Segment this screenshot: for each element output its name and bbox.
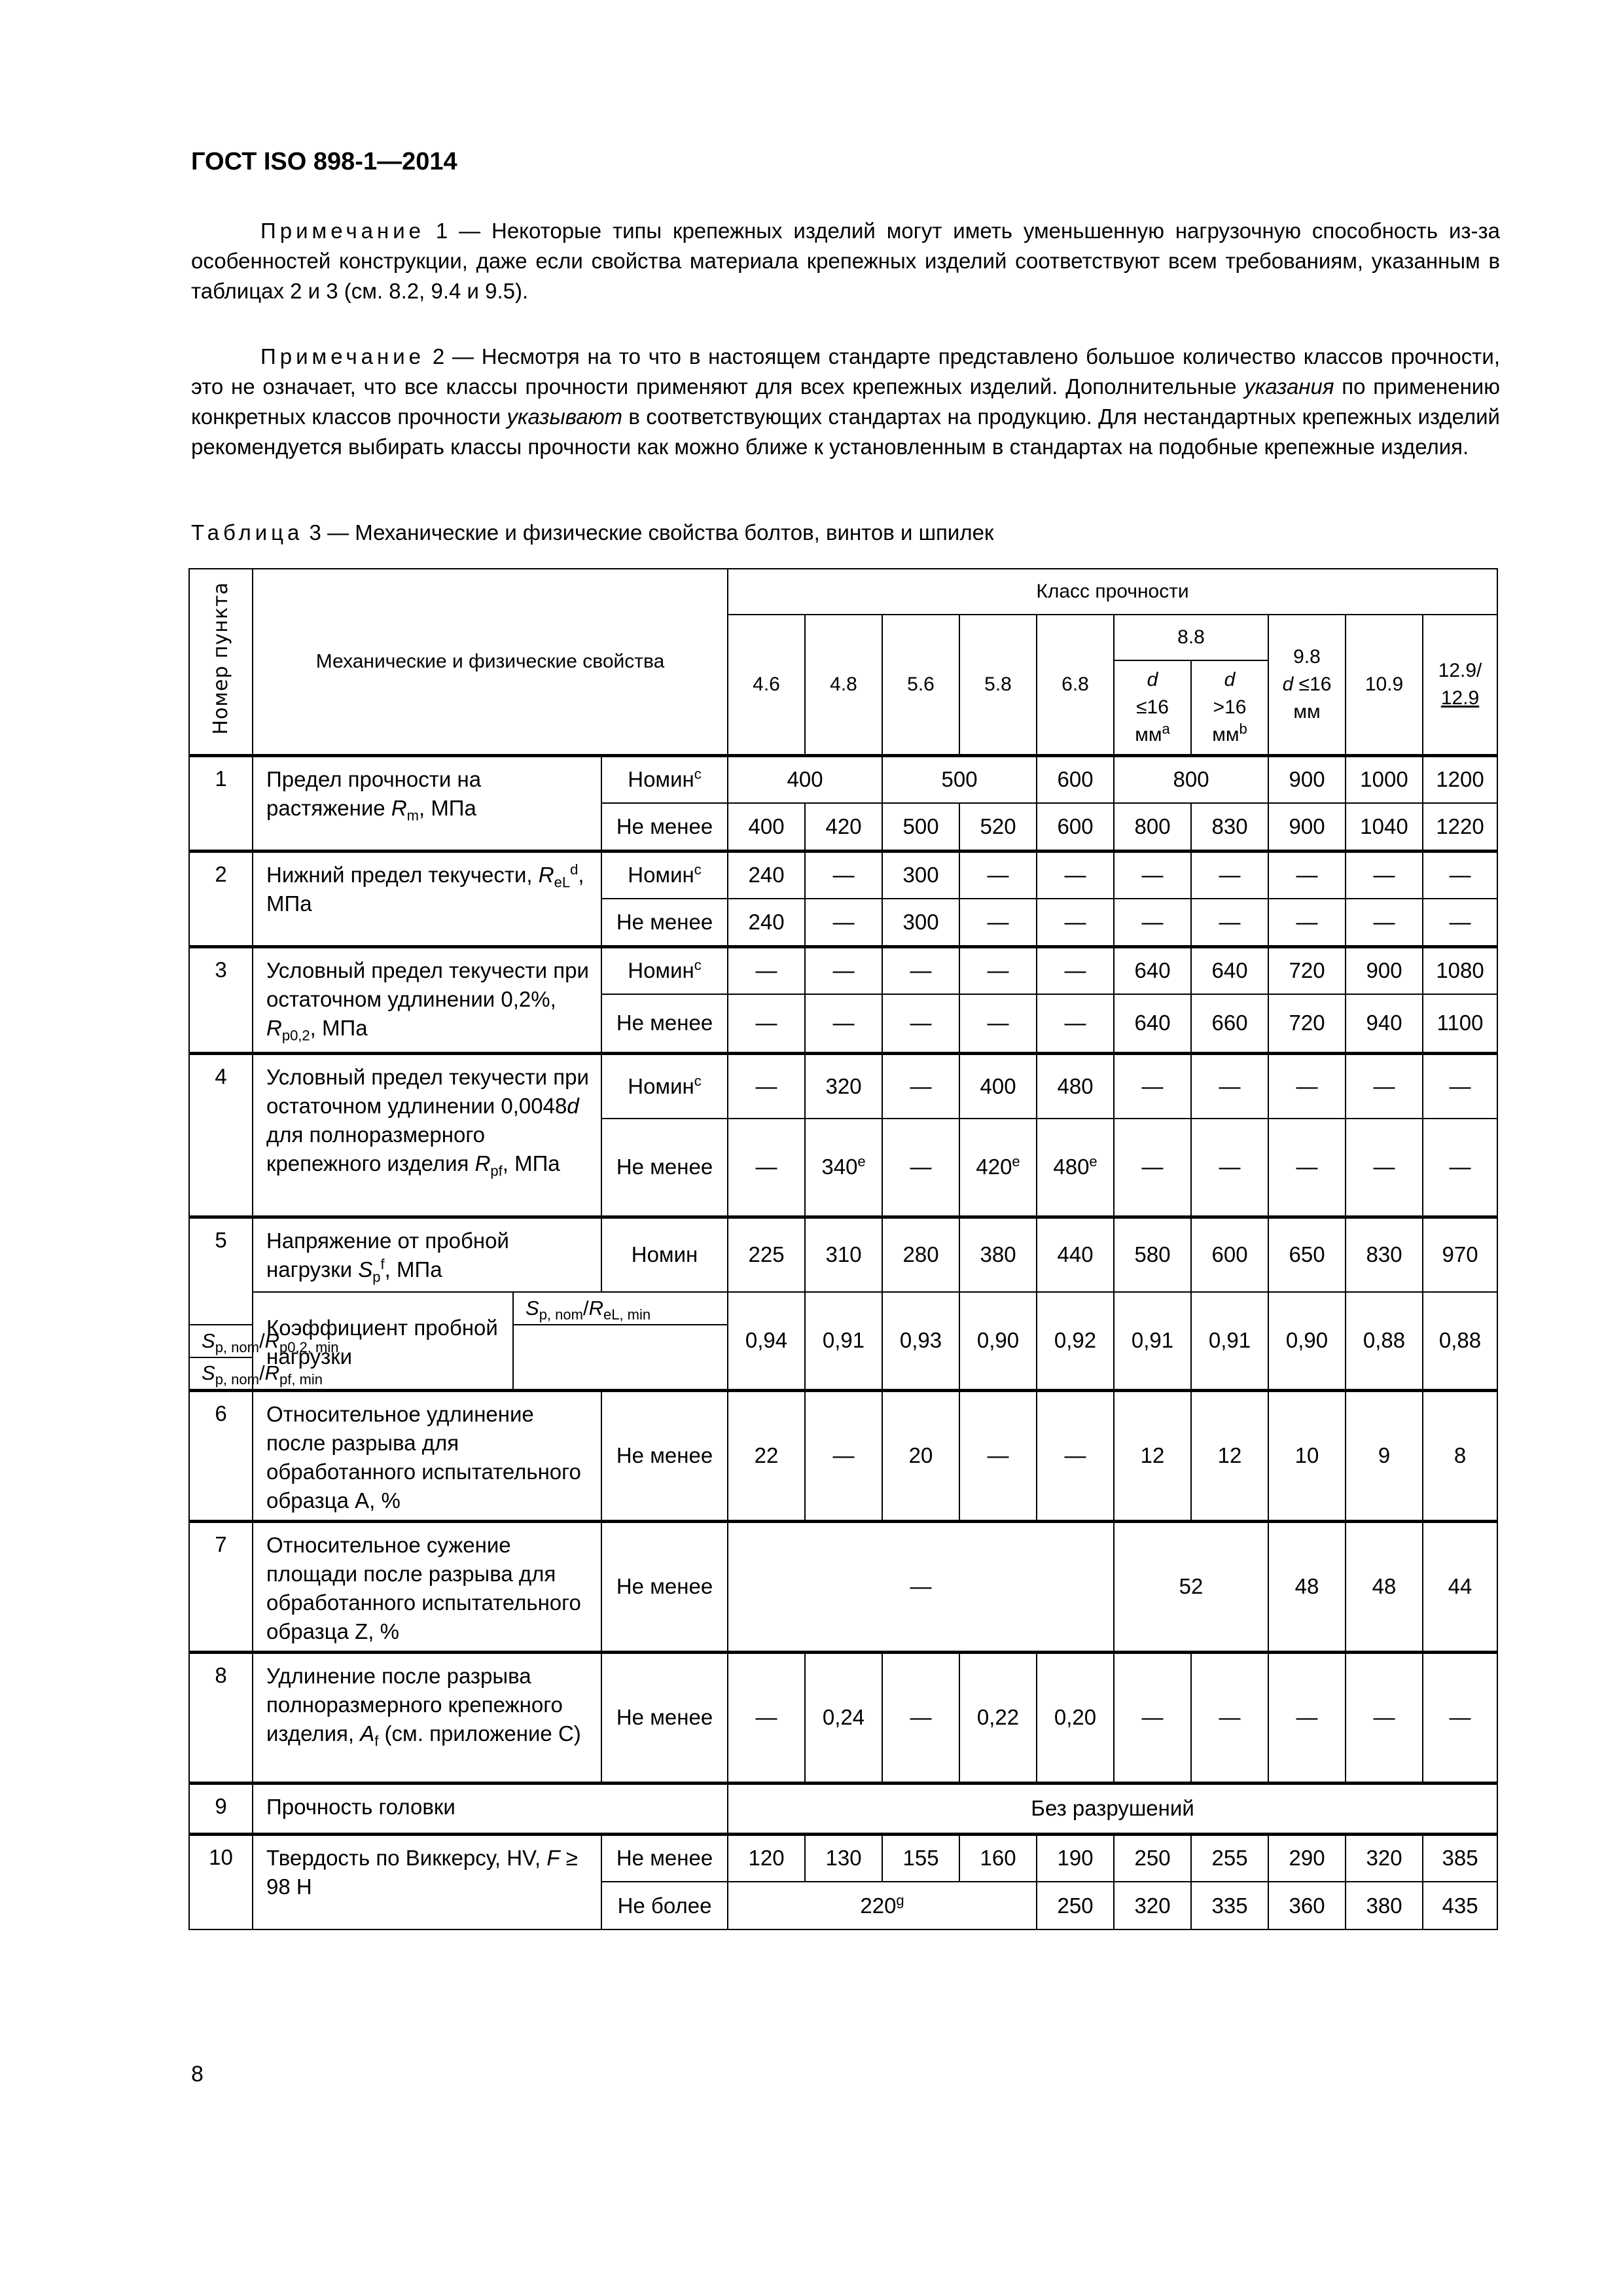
value-cell: — [1346, 1119, 1423, 1217]
value-cell: 120 [728, 1834, 805, 1882]
table-row: 7Относительное сужение площади после раз… [189, 1521, 1497, 1652]
value-cell: 9 [1346, 1390, 1423, 1521]
header-class-10-9: 10.9 [1346, 615, 1423, 755]
value-cell: 160 [959, 1834, 1037, 1882]
value-kind-label: Не менее [601, 1521, 728, 1652]
value-cell: 280 [882, 1217, 959, 1292]
value-cell: — [1191, 1652, 1268, 1783]
value-cell: — [1114, 851, 1191, 899]
value-cell: 0,88 [1346, 1292, 1423, 1390]
value-cell: 130 [805, 1834, 882, 1882]
property-name: Нижний предел текучести, ReLd, МПа [253, 851, 601, 946]
value-cell: — [1346, 1053, 1423, 1119]
table-row: Коэффициент пробной нагрузкиSp, nom/ReL,… [189, 1292, 1497, 1325]
property-name: Напряжение от пробной нагрузки Spf, МПа [253, 1217, 601, 1292]
value-cell: 20 [882, 1390, 959, 1521]
value-cell: — [1191, 1119, 1268, 1217]
value-cell: 12 [1191, 1390, 1268, 1521]
value-cell: 290 [1268, 1834, 1346, 1882]
value-cell: — [882, 946, 959, 994]
value-cell: 400 [728, 803, 805, 851]
header-class-5-6: 5.6 [882, 615, 959, 755]
value-cell: 660 [1191, 994, 1268, 1053]
value-kind-label: Не менее [601, 1652, 728, 1783]
value-cell: — [1037, 899, 1114, 946]
table-row: 9Прочность головкиБез разрушений [189, 1783, 1497, 1834]
value-cell: — [1191, 899, 1268, 946]
value-cell: 500 [882, 755, 1037, 803]
properties-table: Номер пункта Механические и физические с… [188, 568, 1498, 1930]
header-class-9-8: 9.8 d ≤16 мм [1268, 615, 1346, 755]
value-cell: — [728, 1053, 805, 1119]
value-cell: 52 [1114, 1521, 1268, 1652]
value-cell: — [882, 994, 959, 1053]
value-cell: 580 [1114, 1217, 1191, 1292]
value-cell: — [1423, 899, 1497, 946]
value-cell: — [1423, 851, 1497, 899]
value-cell: 800 [1114, 755, 1268, 803]
value-cell: — [1346, 851, 1423, 899]
value-cell: 48 [1268, 1521, 1346, 1652]
value-cell: 0,20 [1037, 1652, 1114, 1783]
value-cell: — [728, 1521, 1114, 1652]
table-row: 6Относительное удлинение после разрыва д… [189, 1390, 1497, 1521]
table-caption-text: 3 — Механические и физические свойства б… [303, 520, 993, 545]
value-cell: — [1268, 899, 1346, 946]
value-cell: 220g [728, 1882, 1037, 1929]
value-cell: 900 [1268, 755, 1346, 803]
note-2-italic-2: указывают [507, 404, 622, 429]
value-cell: 600 [1191, 1217, 1268, 1292]
value-cell: 640 [1191, 946, 1268, 994]
value-cell: — [1268, 1053, 1346, 1119]
value-cell: — [1037, 994, 1114, 1053]
value-cell: — [1268, 851, 1346, 899]
value-cell: 600 [1037, 755, 1114, 803]
value-cell: — [1114, 1119, 1191, 1217]
value-cell: 0,88 [1423, 1292, 1497, 1390]
value-cell: — [1037, 851, 1114, 899]
value-cell: 480e [1037, 1119, 1114, 1217]
value-cell: 0,90 [1268, 1292, 1346, 1390]
value-cell: 420e [959, 1119, 1037, 1217]
value-cell: 240 [728, 899, 805, 946]
header-item-no: Номер пункта [189, 569, 253, 755]
value-kind-label: Не менее [601, 899, 728, 946]
value-cell: — [728, 946, 805, 994]
value-cell: 400 [959, 1053, 1037, 1119]
value-cell: 0,93 [882, 1292, 959, 1390]
item-number: 8 [189, 1652, 253, 1783]
value-cell: 970 [1423, 1217, 1497, 1292]
value-cell: 255 [1191, 1834, 1268, 1882]
property-name: Прочность головки [253, 1783, 728, 1834]
value-cell: 1000 [1346, 755, 1423, 803]
header-class-4-8: 4.8 [805, 615, 882, 755]
value-cell: 940 [1346, 994, 1423, 1053]
value-cell: 720 [1268, 946, 1346, 994]
value-cell: 0,92 [1037, 1292, 1114, 1390]
table-row: 2Нижний предел текучести, ReLd, МПаНомин… [189, 851, 1497, 899]
value-cell: 1100 [1423, 994, 1497, 1053]
item-number: 4 [189, 1053, 253, 1217]
value-cell: 250 [1037, 1882, 1114, 1929]
value-cell: 12 [1114, 1390, 1191, 1521]
value-cell: — [805, 1390, 882, 1521]
value-cell: 190 [1037, 1834, 1114, 1882]
value-cell: — [805, 851, 882, 899]
value-cell: 480 [1037, 1053, 1114, 1119]
value-cell: 420 [805, 803, 882, 851]
document-code: ГОСТ ISO 898-1—2014 [191, 148, 457, 176]
value-cell: 8 [1423, 1390, 1497, 1521]
value-cell: — [728, 994, 805, 1053]
value-cell: — [805, 994, 882, 1053]
item-number: 6 [189, 1390, 253, 1521]
header-class-group: Класс прочности [728, 569, 1497, 615]
value-cell: 830 [1191, 803, 1268, 851]
property-name: Относительное сужение площади после разр… [253, 1521, 601, 1652]
item-number: 10 [189, 1834, 253, 1929]
note-1: Примечание 1 — Некоторые типы крепежных … [191, 216, 1500, 306]
value-cell: — [959, 994, 1037, 1053]
note-2-label: Примечание [260, 344, 425, 368]
page-number: 8 [191, 2062, 204, 2087]
value-cell: 320 [1346, 1834, 1423, 1882]
value-cell: 320 [805, 1053, 882, 1119]
coefficient-ratio: Sp, nom/ReL, min [513, 1292, 728, 1325]
item-number: 5 [189, 1217, 253, 1325]
value-cell: 0,94 [728, 1292, 805, 1390]
value-cell: 640 [1114, 946, 1191, 994]
value-cell: 1200 [1423, 755, 1497, 803]
property-name: Предел прочности на растяжение Rm, МПа [253, 755, 601, 851]
value-cell: 300 [882, 899, 959, 946]
value-cell: 0,91 [1191, 1292, 1268, 1390]
value-cell: 250 [1114, 1834, 1191, 1882]
table-caption: Таблица 3 — Механические и физические св… [191, 520, 993, 545]
value-cell: — [805, 946, 882, 994]
note-1-label: Примечание [260, 219, 425, 243]
property-name: Условный предел текучести при остаточном… [253, 946, 601, 1053]
item-number: 2 [189, 851, 253, 946]
value-cell: — [728, 1652, 805, 1783]
value-cell: — [1346, 1652, 1423, 1783]
table-row: 4Условный предел текучести при остаточно… [189, 1053, 1497, 1119]
item-number: 7 [189, 1521, 253, 1652]
value-cell: 380 [959, 1217, 1037, 1292]
value-cell: 0,24 [805, 1652, 882, 1783]
value-cell: 900 [1268, 803, 1346, 851]
value-cell: — [1114, 1652, 1191, 1783]
value-cell: — [882, 1119, 959, 1217]
property-name: Удлинение после разрыва полноразмерного … [253, 1652, 601, 1783]
value-kind-label: Номин [601, 1217, 728, 1292]
value-cell: 360 [1268, 1882, 1346, 1929]
value-cell: — [1346, 899, 1423, 946]
value-cell: 0,91 [805, 1292, 882, 1390]
header-properties: Механические и физические свойства [253, 569, 728, 755]
header-class-4-6: 4.6 [728, 615, 805, 755]
value-cell: — [882, 1053, 959, 1119]
value-cell: — [1191, 1053, 1268, 1119]
value-cell: 155 [882, 1834, 959, 1882]
note-1-number: 1 [436, 219, 448, 243]
property-value: Без разрушений [728, 1783, 1497, 1834]
header-class-5-8: 5.8 [959, 615, 1037, 755]
value-cell: 380 [1346, 1882, 1423, 1929]
value-cell: 240 [728, 851, 805, 899]
value-cell: — [959, 946, 1037, 994]
value-kind-label: Номинc [601, 755, 728, 803]
value-cell: 1040 [1346, 803, 1423, 851]
note-2: Примечание 2 — Несмотря на то что в наст… [191, 342, 1500, 462]
value-cell: — [959, 899, 1037, 946]
header-class-8-8-small: d ≤16 ммa [1114, 660, 1191, 755]
value-cell: 0,22 [959, 1652, 1037, 1783]
value-cell: — [1268, 1119, 1346, 1217]
property-name: Относительное удлинение после разрыва дл… [253, 1390, 601, 1521]
value-cell: 640 [1114, 994, 1191, 1053]
value-kind-label: Не менее [601, 1119, 728, 1217]
value-kind-label: Номинc [601, 946, 728, 994]
value-cell: 44 [1423, 1521, 1497, 1652]
value-cell: — [959, 1390, 1037, 1521]
property-name: Условный предел текучести при остаточном… [253, 1053, 601, 1217]
value-cell: 520 [959, 803, 1037, 851]
value-cell: 0,91 [1114, 1292, 1191, 1390]
value-kind-label: Не менее [601, 1390, 728, 1521]
value-cell: 225 [728, 1217, 805, 1292]
value-cell: 720 [1268, 994, 1346, 1053]
value-cell: 1220 [1423, 803, 1497, 851]
value-cell: — [1037, 1390, 1114, 1521]
value-cell: 22 [728, 1390, 805, 1521]
value-cell: 340e [805, 1119, 882, 1217]
value-cell: 830 [1346, 1217, 1423, 1292]
value-kind-label: Не менее [601, 803, 728, 851]
header-class-6-8: 6.8 [1037, 615, 1114, 755]
value-kind-label: Не менее [601, 994, 728, 1053]
value-kind-label: Не более [601, 1882, 728, 1929]
value-cell: 300 [882, 851, 959, 899]
value-cell: — [882, 1652, 959, 1783]
table-header: Номер пункта Механические и физические с… [189, 569, 1497, 755]
table-row: 8Удлинение после разрыва полноразмерного… [189, 1652, 1497, 1783]
value-cell: — [728, 1119, 805, 1217]
value-cell: — [1423, 1652, 1497, 1783]
value-cell: 10 [1268, 1390, 1346, 1521]
item-number: 9 [189, 1783, 253, 1834]
value-cell: 310 [805, 1217, 882, 1292]
value-cell: 385 [1423, 1834, 1497, 1882]
value-cell: 48 [1346, 1521, 1423, 1652]
table-body: 1Предел прочности на растяжение Rm, МПаН… [189, 755, 1497, 1929]
value-cell: — [1191, 851, 1268, 899]
value-cell: — [1423, 1053, 1497, 1119]
value-kind-label: Не менее [601, 1834, 728, 1882]
property-name: Твердость по Виккерсу, HV, F ≥ 98 Н [253, 1834, 601, 1929]
table-row: 1Предел прочности на растяжение Rm, МПаН… [189, 755, 1497, 803]
item-number: 1 [189, 755, 253, 851]
value-kind-label: Номинc [601, 1053, 728, 1119]
value-cell: 435 [1423, 1882, 1497, 1929]
table-row: 5Напряжение от пробной нагрузки Spf, МПа… [189, 1217, 1497, 1292]
value-cell: 500 [882, 803, 959, 851]
value-cell: — [1268, 1652, 1346, 1783]
value-cell: — [1037, 946, 1114, 994]
value-cell: 1080 [1423, 946, 1497, 994]
value-cell: 0,90 [959, 1292, 1037, 1390]
header-class-8-8: 8.8 [1114, 615, 1268, 660]
header-class-8-8-large: d >16 ммb [1191, 660, 1268, 755]
value-cell: 335 [1191, 1882, 1268, 1929]
value-cell: — [1423, 1119, 1497, 1217]
value-cell: — [1114, 899, 1191, 946]
value-cell: 600 [1037, 803, 1114, 851]
item-number: 3 [189, 946, 253, 1053]
value-cell: 400 [728, 755, 882, 803]
value-kind-label: Номинc [601, 851, 728, 899]
value-cell: 800 [1114, 803, 1191, 851]
value-cell: — [805, 899, 882, 946]
table-caption-label: Таблица [191, 520, 303, 545]
value-cell: 900 [1346, 946, 1423, 994]
note-2-italic-1: указания [1244, 374, 1334, 399]
value-cell: 650 [1268, 1217, 1346, 1292]
value-cell: 440 [1037, 1217, 1114, 1292]
table-row: 10Твердость по Виккерсу, HV, F ≥ 98 ННе … [189, 1834, 1497, 1882]
value-cell: — [1114, 1053, 1191, 1119]
value-cell: 320 [1114, 1882, 1191, 1929]
note-2-number: 2 [433, 344, 444, 368]
value-cell: — [959, 851, 1037, 899]
header-class-12-9: 12.9/ 12.9 [1423, 615, 1497, 755]
table-row: 3Условный предел текучести при остаточно… [189, 946, 1497, 994]
